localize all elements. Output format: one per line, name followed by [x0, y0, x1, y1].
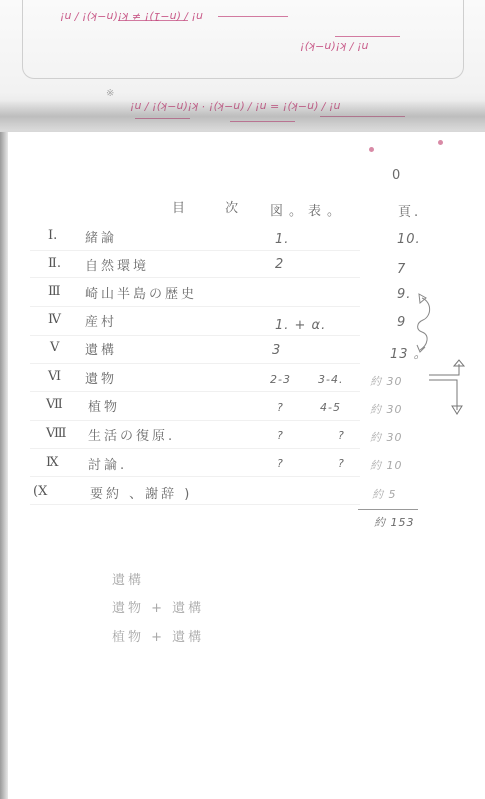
swap-arrow-icon — [410, 290, 440, 360]
toc-pages: 約 30 — [370, 401, 403, 417]
toc-tables: ? — [338, 457, 345, 470]
ruled-line — [30, 306, 360, 307]
fraction-line — [218, 16, 288, 17]
total-pages: 約 153 — [374, 514, 415, 530]
toc-pages: 約 10 — [370, 457, 403, 473]
toc-numeral: Ⅶ — [46, 397, 63, 412]
toc-figures: 2-3 — [270, 373, 291, 386]
pink-speck — [369, 147, 374, 152]
ruled-line — [30, 391, 360, 392]
toc-figures: ? — [277, 401, 284, 414]
ruled-line — [30, 420, 360, 421]
ruled-line — [30, 363, 360, 364]
toc-tables: 4-5 — [320, 401, 341, 414]
col-header-figures-tables: 図。表。 — [270, 200, 346, 219]
toc-title: 自然環境 — [85, 255, 149, 274]
page-edge-shadow — [0, 132, 8, 799]
fold-shadow — [0, 100, 485, 130]
toc-numeral: Ⅰ. — [48, 228, 57, 243]
note-line: 遺物 + 遺構 — [112, 597, 204, 616]
ruled-line — [30, 335, 360, 336]
toc-numeral: Ⅲ — [48, 284, 61, 299]
toc-title: 目 次 — [172, 197, 256, 216]
total-rule — [358, 509, 418, 510]
toc-figures: ? — [277, 457, 284, 470]
toc-title: 産村 — [85, 311, 117, 330]
toc-pages: 約 30 — [370, 429, 403, 445]
toc-title: 遺物 — [85, 368, 117, 387]
toc-title: 崎山半島の歴史 — [85, 283, 197, 302]
toc-figures: 2 — [275, 257, 284, 272]
toc-numeral: Ⅳ — [48, 312, 61, 327]
toc-figures: 1. + α. — [275, 318, 326, 333]
pink-speck — [438, 140, 443, 145]
bracket-arrow-icon — [425, 358, 470, 418]
toc-numeral: (Ⅹ — [33, 484, 47, 499]
toc-title: 生活の復原. — [88, 425, 175, 444]
toc-figures: ? — [277, 429, 284, 442]
note-line: 遺構 — [112, 569, 144, 588]
folded-top-sheet: n! / (n−1)! ≠ k!(n−k)! / n! n! / k!(n−k)… — [0, 0, 485, 132]
toc-numeral: Ⅴ — [50, 340, 59, 355]
ruled-line — [30, 250, 360, 251]
col-header-pages: 頁. — [398, 201, 421, 220]
toc-numeral: Ⅵ — [48, 369, 61, 384]
toc-pages: 約 30 — [370, 373, 403, 389]
toc-numeral: Ⅷ — [46, 426, 66, 441]
toc-title: 討論. — [88, 454, 127, 473]
toc-numeral: Ⅸ — [46, 455, 59, 470]
toc-tables: ? — [338, 429, 345, 442]
ruled-line — [30, 476, 360, 477]
fraction-line — [118, 20, 188, 21]
toc-pages: 10. — [397, 232, 421, 247]
toc-title: 遺構 — [85, 339, 117, 358]
bleed-formula-2: n! / k!(n−k)! — [300, 40, 368, 53]
toc-tables: 3-4. — [318, 373, 343, 386]
bleed-formula-1: n! / (n−1)! ≠ k!(n−k)! / n! — [60, 10, 203, 23]
toc-pages: 約 5 — [372, 486, 397, 502]
toc-pages: 9 — [397, 315, 406, 330]
toc-title: 緒論 — [85, 227, 117, 246]
top-mark: 0 — [392, 168, 403, 183]
fraction-line — [335, 36, 400, 37]
toc-figures: 3 — [272, 343, 281, 358]
toc-title: 要約 、謝辞 ) — [90, 483, 192, 502]
toc-title: 植物 — [88, 396, 120, 415]
ruled-line — [30, 277, 360, 278]
ruled-line — [30, 448, 360, 449]
bleed-mark: ※ — [106, 88, 117, 99]
toc-numeral: Ⅱ. — [48, 256, 61, 271]
note-line: 植物 + 遺構 — [112, 626, 204, 645]
ruled-line — [30, 504, 360, 505]
toc-pages: 7 — [397, 262, 406, 277]
toc-figures: 1. — [275, 232, 289, 247]
